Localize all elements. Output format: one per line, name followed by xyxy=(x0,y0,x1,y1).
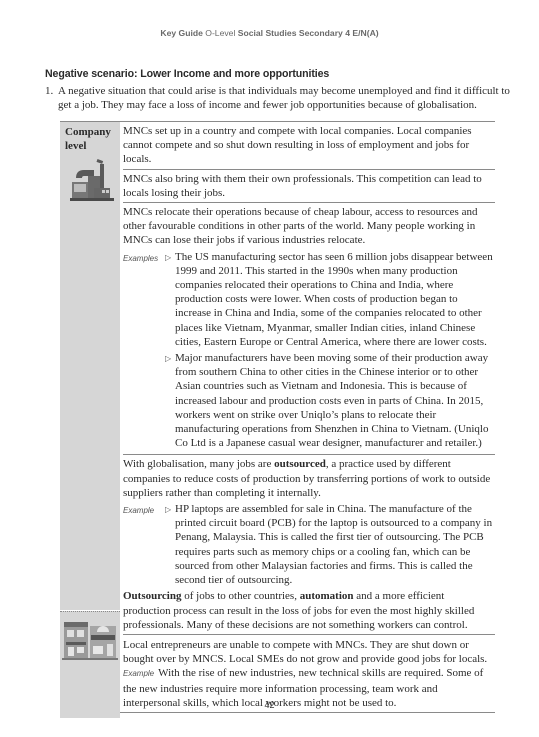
table-cell: MNCs relocate their operations because o… xyxy=(123,203,495,455)
list-number: 1. xyxy=(45,84,53,98)
running-header: Key Guide O-Level Social Studies Seconda… xyxy=(0,28,539,38)
term-outsourcing: Outsourcing xyxy=(123,590,181,602)
bullet-arrow-icon: ▷ xyxy=(165,250,175,349)
cell-text: MNCs set up in a country and compete wit… xyxy=(123,125,472,165)
header-brand: Key Guide xyxy=(160,28,203,38)
example-block: Example ▷ HP laptops are assembled for s… xyxy=(123,502,493,589)
bullet-arrow-icon: ▷ xyxy=(165,502,175,587)
example-label: Example xyxy=(123,669,154,678)
content-column: MNCs set up in a country and compete wit… xyxy=(123,122,495,712)
cell-text: MNCs relocate their operations because o… xyxy=(123,206,477,246)
page-number: 42 xyxy=(0,700,539,710)
outsourcing-paragraph: Outsourcing of jobs to other countries, … xyxy=(123,589,493,632)
cell-text: Local entrepreneurs are unable to compet… xyxy=(123,639,487,665)
examples-block: Examples ▷ The US manufacturing sector h… xyxy=(123,250,493,453)
factory-icon xyxy=(68,156,116,204)
examples-label: Examples xyxy=(123,250,165,453)
bullet-item: ▷ Major manufacturers have been moving s… xyxy=(165,351,493,450)
bullet-text: Major manufacturers have been moving som… xyxy=(175,351,493,450)
bullet-item: ▷ HP laptops are assembled for sale in C… xyxy=(165,502,493,587)
bullet-item: ▷ The US manufacturing sector has seen 6… xyxy=(165,250,493,349)
table-cell: MNCs set up in a country and compete wit… xyxy=(123,122,495,170)
term-outsourced: outsourced xyxy=(274,458,326,470)
term-automation: automation xyxy=(300,590,354,602)
company-level-table: Company level xyxy=(60,121,495,713)
bullet-text: The US manufacturing sector has seen 6 m… xyxy=(175,250,493,349)
row-label: Company level xyxy=(65,126,120,153)
table-cell: With globalisation, many jobs are outsou… xyxy=(123,455,495,634)
bullet-arrow-icon: ▷ xyxy=(165,351,175,450)
cell-text-pre: With globalisation, many jobs are xyxy=(123,458,274,470)
table-cell: MNCs also bring with them their own prof… xyxy=(123,170,495,203)
header-subject: Social Studies Secondary 4 E/N(A) xyxy=(238,28,379,38)
text-fragment: of jobs to other countries, xyxy=(181,590,299,602)
header-level: O-Level xyxy=(205,28,235,38)
section-title: Negative scenario: Lower Income and more… xyxy=(45,68,329,80)
bullet-text: HP laptops are assembled for sale in Chi… xyxy=(175,502,493,587)
intro-paragraph: 1. A negative situation that could arise… xyxy=(45,84,515,112)
example-label: Example xyxy=(123,502,165,589)
cell-text: MNCs also bring with them their own prof… xyxy=(123,173,482,199)
row-label-column: Company level xyxy=(60,122,120,610)
intro-text: A negative situation that could arise is… xyxy=(58,84,515,112)
shops-icon xyxy=(62,618,118,664)
